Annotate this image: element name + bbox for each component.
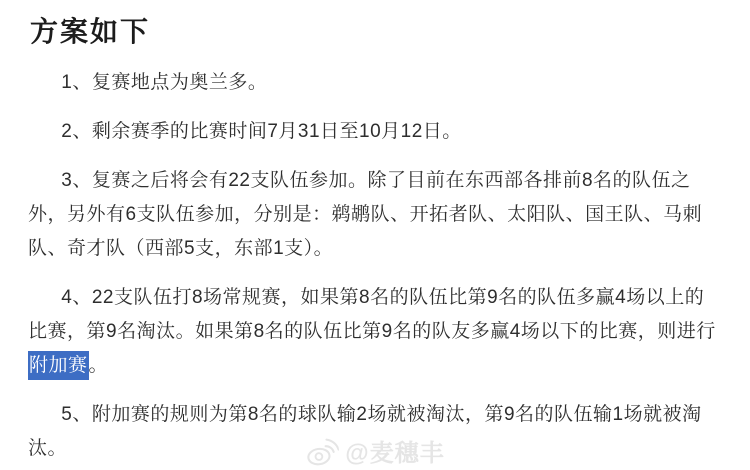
plan-text: 4、22支队伍打8场常规赛，如果第8名的队伍比第9名的队伍多赢4场以上的比赛，第… [28,287,716,342]
plan-text: 5、附加赛的规则为第8名的球队输2场就被淘汰，第9名的队伍输1场就被淘汰。 [28,404,702,459]
page-title: 方案如下 [30,14,722,50]
plan-list: 1、复赛地点为奥兰多。2、剩余赛季的比赛时间7月31日至10月12日。3、复赛之… [28,66,722,466]
plan-text: 3、复赛之后将会有22支队伍参加。除了目前在东西部各排前8名的队伍之外，另外有6… [28,170,702,259]
plan-item: 3、复赛之后将会有22支队伍参加。除了目前在东西部各排前8名的队伍之外，另外有6… [28,164,722,266]
plan-item: 2、剩余赛季的比赛时间7月31日至10月12日。 [28,115,722,149]
article-page: 方案如下 1、复赛地点为奥兰多。2、剩余赛季的比赛时间7月31日至10月12日。… [0,0,750,470]
plan-item: 5、附加赛的规则为第8名的球队输2场就被淘汰，第9名的队伍输1场就被淘汰。 [28,398,722,466]
highlighted-text: 附加赛 [28,351,89,380]
plan-item: 1、复赛地点为奥兰多。 [28,66,722,100]
plan-item: 4、22支队伍打8场常规赛，如果第8名的队伍比第9名的队伍多赢4场以上的比赛，第… [28,281,722,383]
plan-text: 。 [89,355,109,376]
plan-text: 2、剩余赛季的比赛时间7月31日至10月12日。 [61,121,462,142]
plan-text: 1、复赛地点为奥兰多。 [61,72,267,93]
